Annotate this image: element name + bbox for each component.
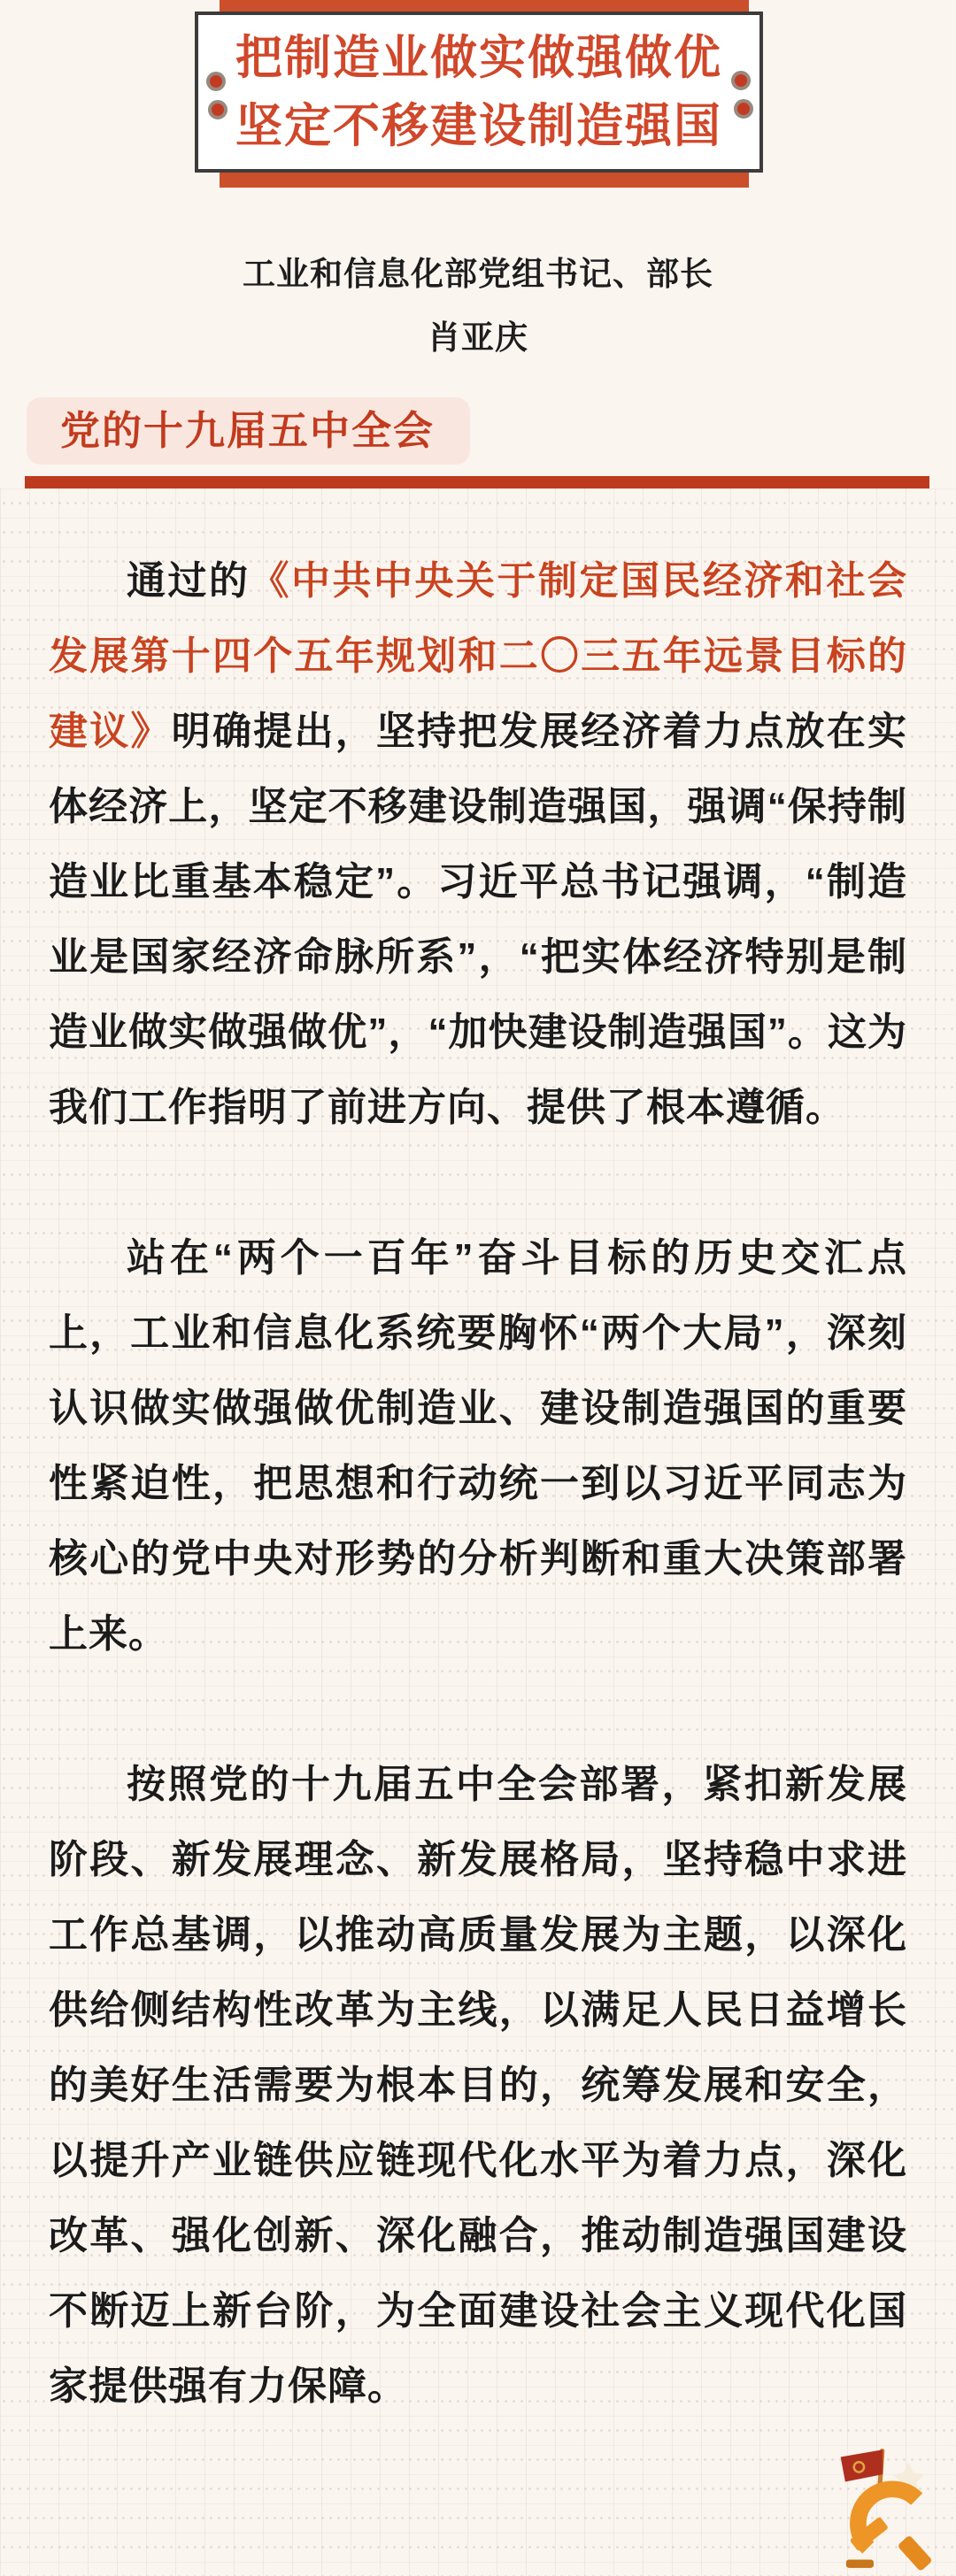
title-header: 把制造业做实做强做优 坚定不移建设制造强国 — [0, 0, 956, 188]
paragraph-3: 按照党的十九届五中全会部署，紧扣新发展阶段、新发展理念、新发展格局，坚持稳中求进… — [49, 1747, 907, 2424]
paragraph-1: 通过的《中共中央关于制定国民经济和社会发展第十四个五年规划和二〇三五年远景目标的… — [49, 543, 907, 1145]
section-divider — [25, 476, 929, 488]
paragraph-text: 站在“两个一百年”奋斗目标的历史交汇点上，工业和信息化系统要胸怀“两个大局”，深… — [49, 1236, 907, 1656]
section-head: 党的十九届五中全会 — [0, 397, 956, 488]
author-name: 肖亚庆 — [0, 306, 956, 370]
paragraph-text: 按照党的十九届五中全会部署，紧扣新发展阶段、新发展理念、新发展格局，坚持稳中求进… — [49, 1763, 907, 2408]
title-plaque: 把制造业做实做强做优 坚定不移建设制造强国 — [195, 12, 763, 173]
party-emblem-icon — [828, 2444, 947, 2572]
author-block: 工业和信息化部党组书记、部长 肖亚庆 — [0, 242, 956, 370]
section-label: 党的十九届五中全会 — [27, 397, 470, 465]
article-page: 把制造业做实做强做优 坚定不移建设制造强国 工业和信息化部党组书记、部长 肖亚庆… — [0, 0, 956, 2576]
page-title-line2: 坚定不移建设制造强国 — [235, 92, 722, 160]
paragraph-text: 通过的 — [127, 559, 251, 603]
decorative-dot-icon — [731, 71, 751, 90]
paragraph-2: 站在“两个一百年”奋斗目标的历史交汇点上，工业和信息化系统要胸怀“两个大局”，深… — [49, 1220, 907, 1672]
decorative-dot-icon — [206, 72, 226, 91]
decorative-dot-icon — [734, 99, 753, 119]
article-body: 通过的《中共中央关于制定国民经济和社会发展第十四个五年规划和二〇三五年远景目标的… — [0, 543, 956, 2424]
decorative-dot-icon — [208, 100, 227, 119]
author-title: 工业和信息化部党组书记、部长 — [0, 242, 956, 306]
page-title-line1: 把制造业做实做强做优 — [235, 24, 722, 92]
paragraph-text: 明确提出，坚持把发展经济着力点放在实体经济上，坚定不移建设制造强国，强调“保持制… — [49, 710, 907, 1129]
